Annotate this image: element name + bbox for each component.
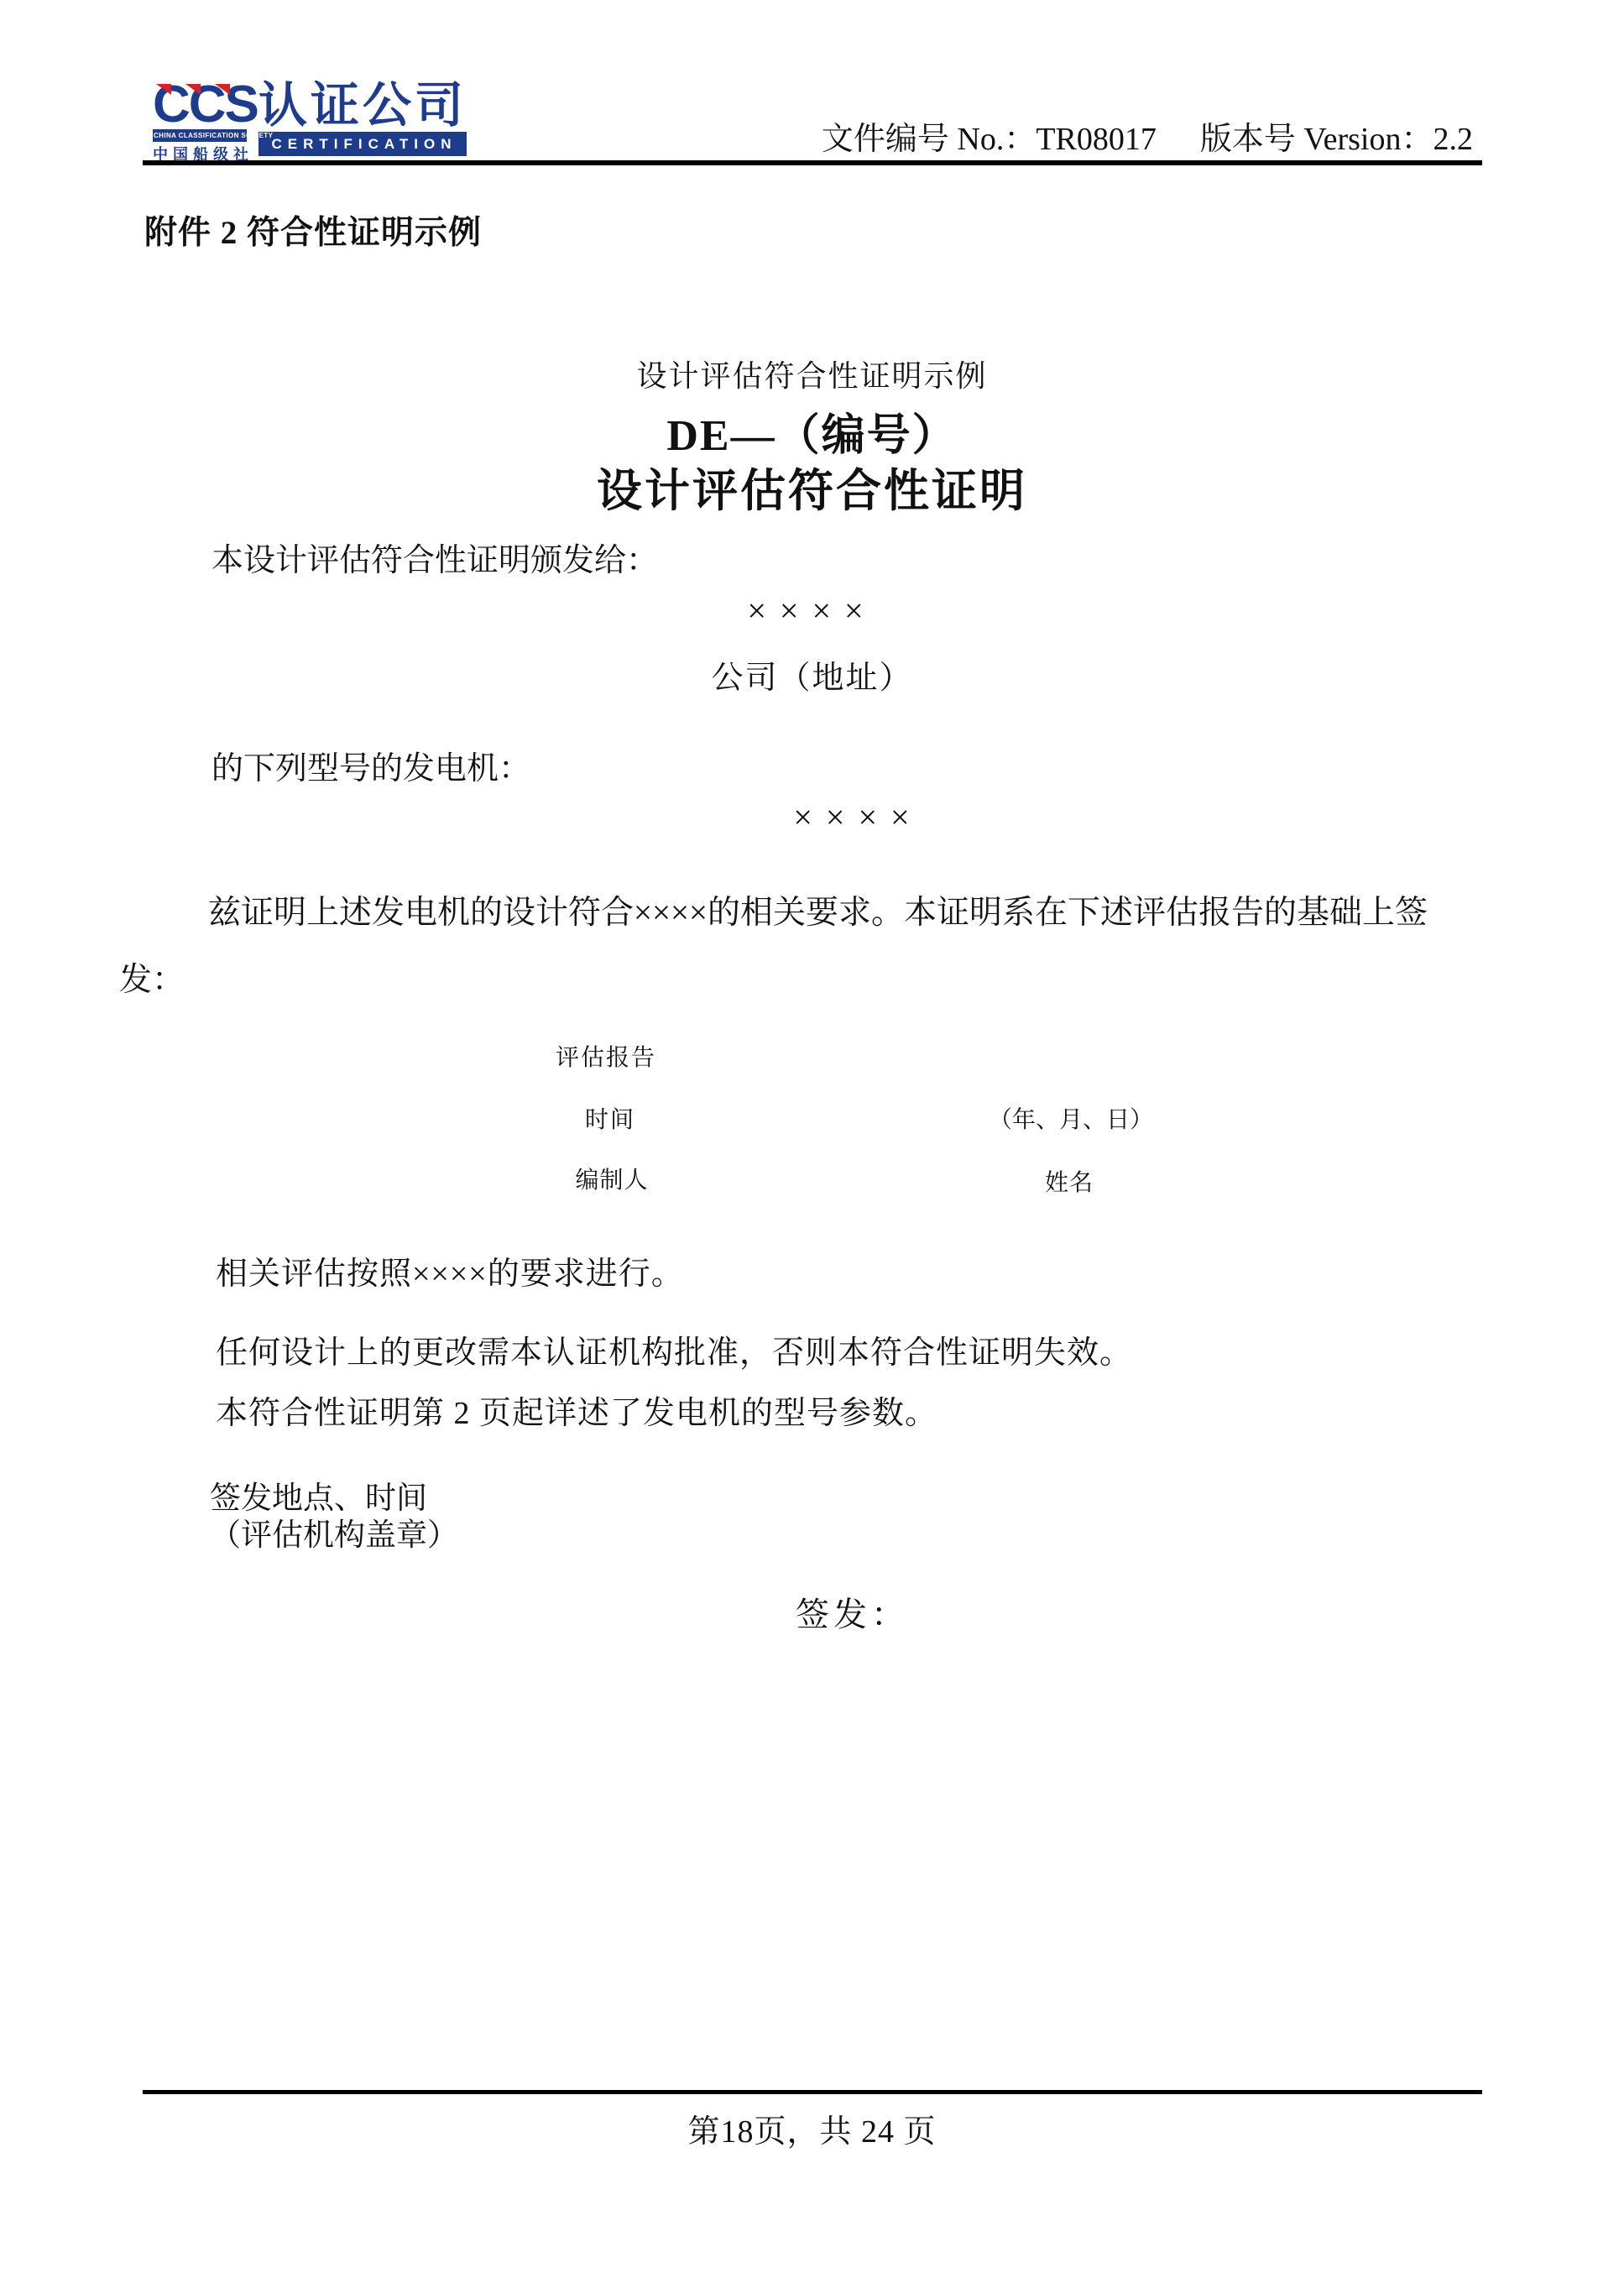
certification-company-cn: 认证公司 xyxy=(258,82,467,129)
certificate-example-subtitle: 设计评估符合性证明示例 xyxy=(0,353,1624,395)
report-prepared-by-label: 编制人 xyxy=(575,1162,648,1195)
version-label: 版本号 Version：2.2 xyxy=(1200,122,1473,157)
model-detail-line: 本符合性证明第 2 页起详述了发电机的型号参数。 xyxy=(216,1387,937,1433)
design-change-line: 任何设计上的更改需本认证机构批准，否则本符合性证明失效。 xyxy=(216,1326,1132,1372)
report-time-label: 时间 xyxy=(585,1101,635,1135)
report-title: 评估报告 xyxy=(556,1039,656,1073)
ccs-logo: CCS CHINA CLASSIFICATION SOCIETY 中国船级社 认… xyxy=(153,82,467,165)
issue-block: 签发地点、时间 （评估机构盖章） xyxy=(210,1481,458,1554)
model-placeholder: ×××× xyxy=(46,797,1624,837)
company-address-line: 公司（地址） xyxy=(0,651,1624,698)
header-doc-info: 文件编号 No.：TR08017版本号 Version：2.2 xyxy=(822,112,1473,159)
attachment-heading: 附件 2 符合性证明示例 xyxy=(144,206,482,253)
doc-number-label: 文件编号 No.：TR08017 xyxy=(822,122,1157,157)
header-divider-line xyxy=(143,160,1482,165)
model-intro: 的下列型号的发电机： xyxy=(211,742,530,788)
page-number-info: 第18页，共 24 页 xyxy=(0,2105,1624,2151)
certification-en-banner: CERTIFICATION xyxy=(258,132,467,156)
issue-place-time-line: 签发地点、时间 xyxy=(210,1481,458,1518)
certificate-title: 设计评估符合性证明 xyxy=(0,455,1624,520)
issued-to-intro: 本设计评估符合性证明颁发给： xyxy=(211,534,658,580)
evaluation-basis-line: 相关评估按照××××的要求进行。 xyxy=(216,1247,684,1293)
statement-line-1: 兹证明上述发电机的设计符合××××的相关要求。本证明系在下述评估报告的基础上签 xyxy=(119,880,1512,947)
footer-divider-line xyxy=(143,2090,1482,2094)
ccs-logo-left: CCS CHINA CLASSIFICATION SOCIETY 中国船级社 xyxy=(153,82,247,165)
certificate-number-line: DE—（编号） xyxy=(0,400,1624,462)
statement-line-2: 发： xyxy=(119,947,1512,1014)
issue-seal-line: （评估机构盖章） xyxy=(210,1518,458,1554)
ccs-wordmark: CCS xyxy=(153,82,247,128)
certification-statement: 兹证明上述发电机的设计符合××××的相关要求。本证明系在下述评估报告的基础上签 … xyxy=(119,880,1512,1014)
sign-label: 签发： xyxy=(796,1588,909,1636)
company-name-placeholder: ×××× xyxy=(0,591,1624,630)
report-time-value: （年、月、日） xyxy=(989,1101,1153,1135)
document-page: CCS CHINA CLASSIFICATION SOCIETY 中国船级社 认… xyxy=(0,0,1624,2278)
ccs-logo-right: 认证公司 CERTIFICATION xyxy=(258,82,467,156)
report-prepared-by-value: 姓名 xyxy=(1045,1164,1094,1198)
